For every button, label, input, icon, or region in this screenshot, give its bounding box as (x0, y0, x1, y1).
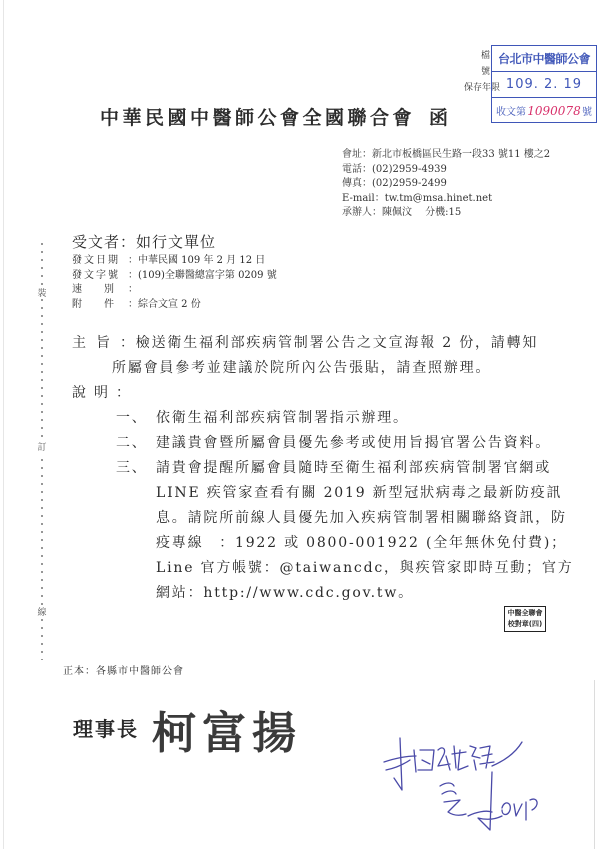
meta-speed-value: ： (128, 284, 138, 295)
meta-date-label: 發文日期 (72, 254, 128, 269)
subject-label: 主旨 (72, 331, 120, 356)
item-number: 二、 (116, 431, 156, 456)
proof-stamp-line1: 中醫全聯會 (506, 608, 544, 619)
subject-line2: 所屬會員參考並建議於院所內公告張貼，請查照辦理。 (72, 356, 582, 381)
chairman-name: 柯富揚 (152, 697, 302, 761)
document-type: 函 (429, 107, 452, 129)
stamp-recv-prefix: 收文第 (496, 103, 526, 118)
item-number: 一、 (116, 406, 156, 431)
stamp-recv-number: 1090078 (527, 104, 580, 118)
meta-speed-label: 速別 (72, 283, 128, 298)
stamp-recv-suffix: 號 (582, 103, 592, 118)
binding-mark-top: 裝 (36, 286, 48, 299)
document-title: 中華民國中醫師公會全國聯合會函 (100, 103, 500, 130)
item-text: 依衛生福利部疾病管制署指示辦理。 (156, 406, 582, 431)
item-number: 三、 (116, 456, 156, 606)
org-name: 中華民國中醫師公會全國聯合會 (100, 107, 415, 129)
item-text: 請貴會提醒所屬會員隨時至衛生福利部疾病管制署官網或 LINE 疾管家查看有關 2… (156, 456, 582, 606)
proof-stamp-line2: 校對章(四) (506, 619, 544, 630)
received-stamp: 台北市中醫師公會 109. 2. 19 收文第 1090078 號 (491, 45, 597, 123)
stamp-received-number: 收文第 1090078 號 (492, 98, 596, 123)
subject-line1: ：檢送衛生福利部疾病管制署公告之文宣海報 2 份，請轉知 (120, 335, 538, 351)
stamp-org: 台北市中醫師公會 (492, 46, 596, 72)
document-body: 主旨：檢送衛生福利部疾病管制署公告之文宣海報 2 份，請轉知 所屬會員參考並建議… (72, 331, 582, 606)
meta-number-label: 發文字號 (72, 269, 128, 284)
stamp-date: 109. 2. 19 (492, 72, 596, 98)
explanation-item: 二、 建議貴會暨所屬會員優先參考或使用旨揭官署公告資料。 (72, 431, 582, 456)
meta-speed: 速別： (72, 283, 277, 298)
contact-email: E-mail：tw.tm@msa.hinet.net (342, 192, 550, 207)
contact-block: 會址：新北市板橋區民生路一段33 號11 樓之2 電話：(02)2959-493… (342, 148, 550, 221)
recipient: 受文者：如行文單位 (72, 231, 216, 252)
copy-to: 正本：各縣市中醫師公會 (63, 662, 184, 677)
meta-attachment: 附件：綜合文宣 2 份 (72, 298, 277, 313)
explanation-label: 說明： (72, 381, 582, 406)
subject: 主旨：檢送衛生福利部疾病管制署公告之文宣海報 2 份，請轉知 (72, 331, 582, 356)
contact-address: 會址：新北市板橋區民生路一段33 號11 樓之2 (342, 148, 550, 163)
meta-date: 發文日期：中華民國 109 年 2 月 12 日 (72, 254, 277, 269)
document-meta: 發文日期：中華民國 109 年 2 月 12 日 發文字號：(109)全聯醫總富… (72, 254, 277, 312)
meta-date-value: ：中華民國 109 年 2 月 12 日 (128, 255, 265, 266)
item-text: 建議貴會暨所屬會員優先參考或使用旨揭官署公告資料。 (156, 431, 582, 456)
chairman-title: 理事長 (73, 713, 139, 742)
contact-phone: 電話：(02)2959-4939 (342, 163, 550, 178)
contact-handler: 承辦人：陳佩汶 分機:15 (342, 206, 550, 221)
binding-mark-middle: 訂 (36, 440, 48, 453)
handwritten-signature (376, 720, 576, 840)
proofread-stamp: 中醫全聯會 校對章(四) (504, 606, 546, 632)
meta-attach-label: 附件 (72, 298, 128, 313)
page-left-edge (3, 0, 4, 849)
meta-attach-value: ：綜合文宣 2 份 (128, 299, 201, 310)
page-right-edge (594, 680, 595, 849)
meta-number: 發文字號：(109)全聯醫總富字第 0209 號 (72, 269, 277, 284)
explanation-item: 一、 依衛生福利部疾病管制署指示辦理。 (72, 406, 582, 431)
meta-number-value: ：(109)全聯醫總富字第 0209 號 (128, 270, 277, 281)
binding-mark-bottom: 線 (36, 605, 48, 618)
explanation-item: 三、 請貴會提醒所屬會員隨時至衛生福利部疾病管制署官網或 LINE 疾管家查看有… (72, 456, 582, 606)
contact-fax: 傳真：(02)2959-2499 (342, 177, 550, 192)
